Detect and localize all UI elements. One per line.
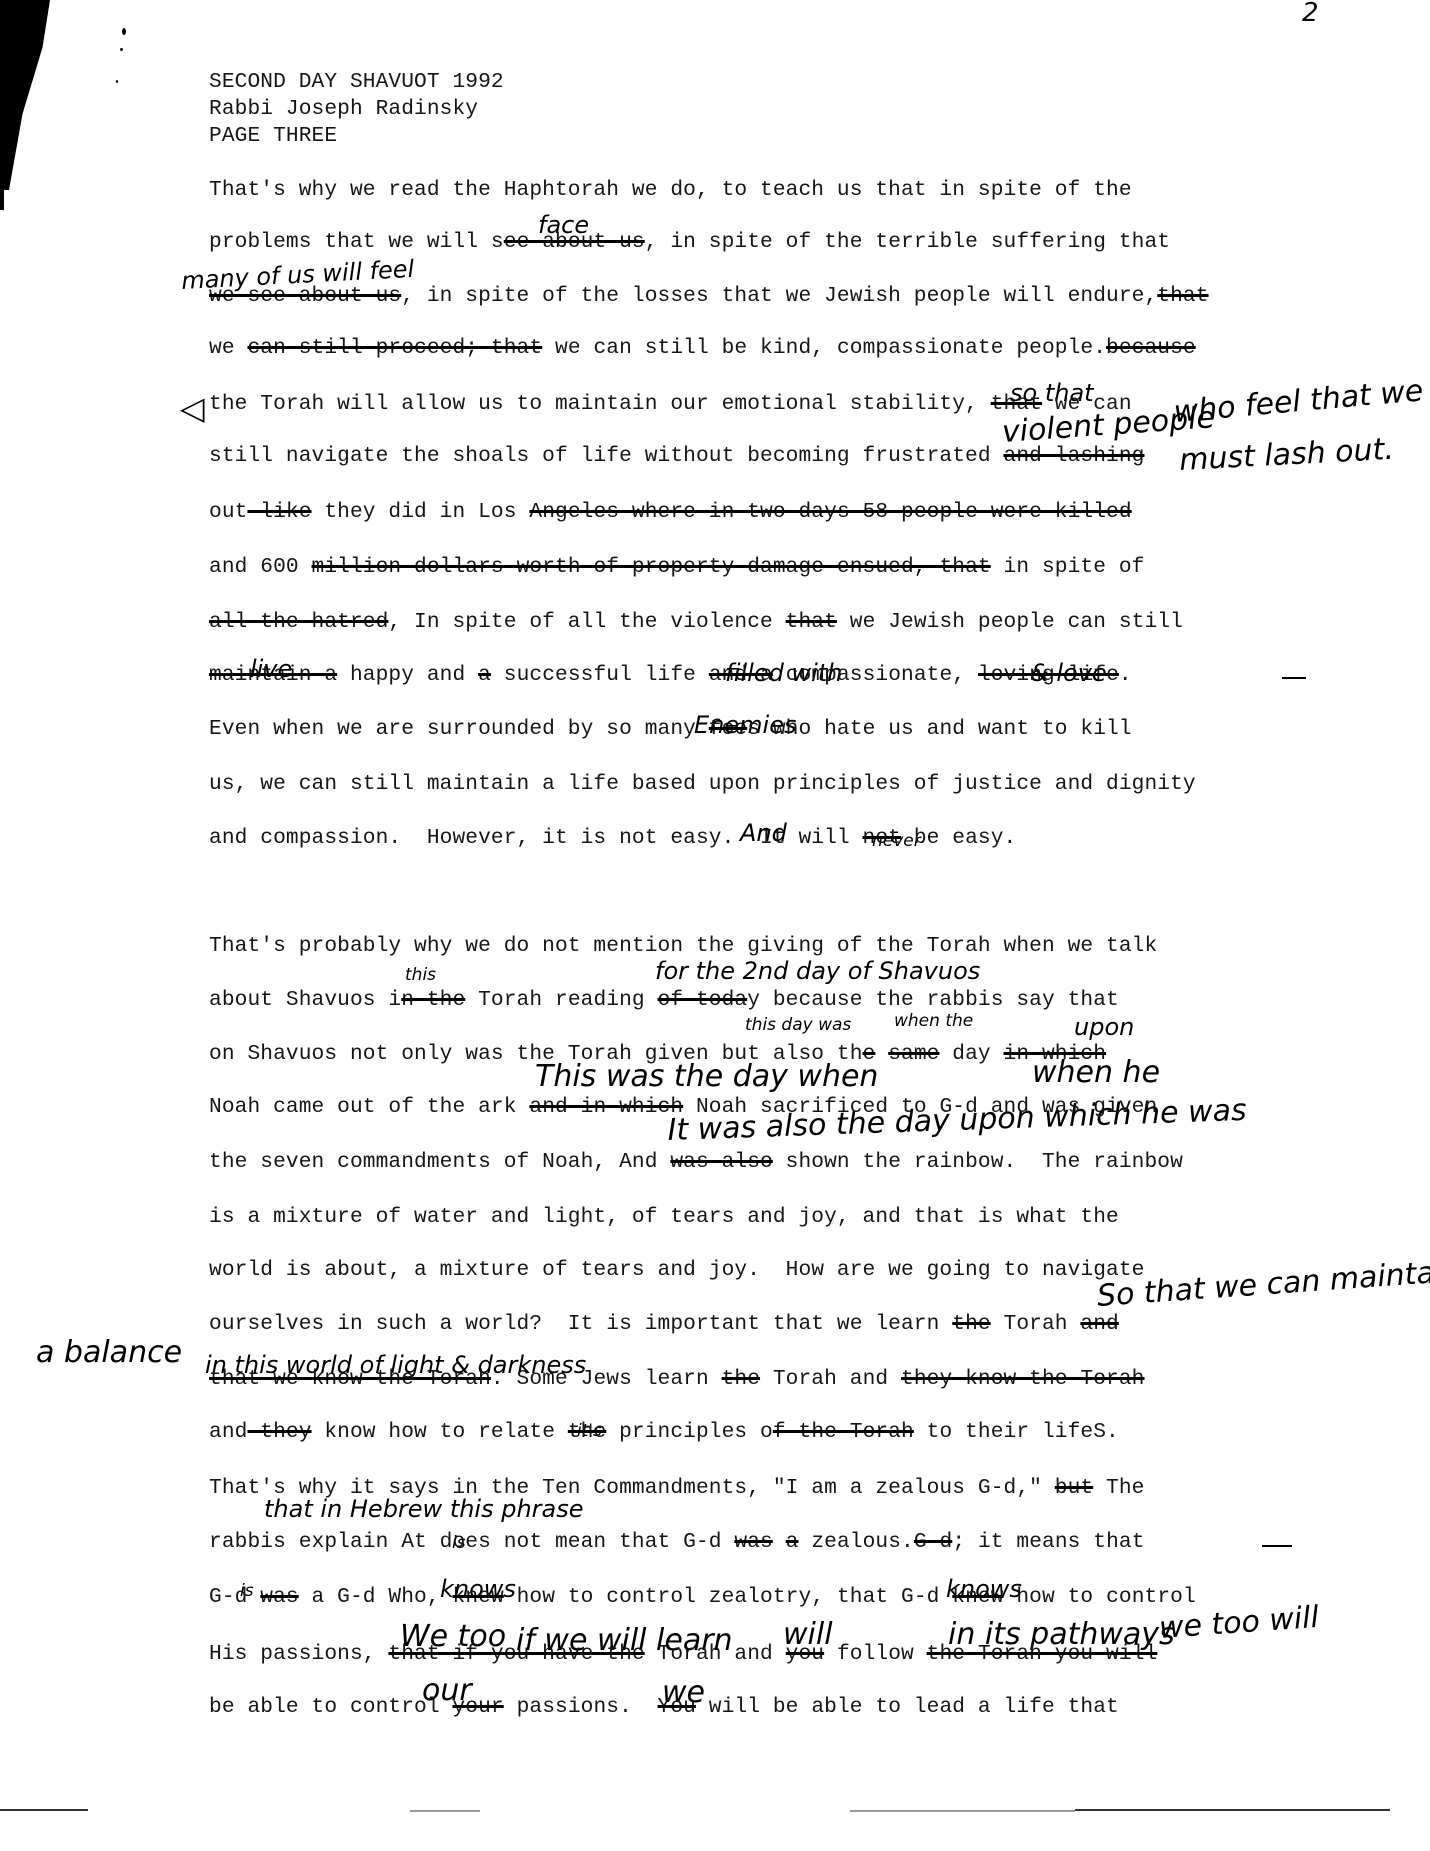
body-line: be able to control your passions. You wi… [209, 1695, 1119, 1719]
body-line: rabbis explain At does not mean that G-d… [209, 1530, 1145, 1554]
struck-text: that [1157, 284, 1208, 308]
page-mark: 2 [1302, 0, 1319, 26]
body-text: follow [824, 1642, 927, 1666]
handwritten-edit: a balance [36, 1340, 182, 1366]
body-text: in spite of [991, 555, 1145, 579]
struck-text: the [722, 1367, 760, 1391]
body-text: world is about, a mixture of tears and j… [209, 1258, 1144, 1282]
body-text: we can [1042, 392, 1132, 416]
struck-text: G-d [914, 1530, 952, 1554]
body-text: and [209, 1420, 247, 1444]
body-text: Torah and [760, 1367, 901, 1391]
struck-text: the Torah you will [927, 1642, 1158, 1666]
body-line: on Shavuos not only was the Torah given … [209, 1042, 1106, 1066]
struck-text: loving life [978, 663, 1119, 687]
struck-text: and lashing [1004, 444, 1145, 468]
struck-text: was [734, 1530, 772, 1554]
doc-title: SECOND DAY SHAVUOT 1992 [209, 70, 504, 94]
body-line: and they know how to relate the principl… [209, 1420, 1119, 1444]
body-text: That's why it says in the Ten Commandmen… [209, 1476, 1055, 1500]
body-line: and 600 million dollars worth of propert… [209, 555, 1144, 579]
body-text: Noah sacrificed to G-d and was given [683, 1095, 1157, 1119]
struck-text: in which [1004, 1042, 1107, 1066]
struck-text: all the hatred [209, 610, 388, 634]
handwritten-edit: we too will [1158, 1605, 1320, 1642]
struck-text: like [247, 500, 311, 524]
struck-text: can still proceed; that [247, 336, 542, 360]
body-line: problems that we will see about us, in s… [209, 230, 1170, 254]
body-text: about Shavuos i [209, 988, 401, 1012]
struck-text: knew [453, 1585, 504, 1609]
document-page: 2 SECOND DAY SHAVUOT 1992 Rabbi Joseph R… [0, 0, 1430, 1851]
struck-text: was [260, 1585, 298, 1609]
struck-text: You [658, 1695, 696, 1719]
struck-text: the [568, 1420, 606, 1444]
struck-text: maintain a [209, 663, 337, 687]
body-text: how to control [1004, 1585, 1196, 1609]
struck-text: million dollars worth of property damage… [312, 555, 991, 579]
body-line: ourselves in such a world? It is importa… [209, 1312, 1119, 1336]
body-line: That's probably why we do not mention th… [209, 934, 1157, 958]
body-text: we Jewish people can still [837, 610, 1183, 634]
body-line: is a mixture of water and light, of tear… [209, 1205, 1119, 1229]
struck-text: not [863, 826, 901, 850]
body-text: ; it means that [952, 1530, 1144, 1554]
body-text: , In spite of all the violence [388, 610, 785, 634]
body-text [875, 1042, 888, 1066]
body-text: us, we can still maintain a life based u… [209, 772, 1196, 796]
struck-text: n the [401, 988, 465, 1012]
struck-text: the [952, 1312, 990, 1336]
footer-rule [0, 1809, 88, 1811]
struck-text: f the Torah [773, 1420, 914, 1444]
body-line: Noah came out of the ark and in which No… [209, 1095, 1157, 1119]
body-text: problems that we will s [209, 230, 504, 254]
struck-text: foe [709, 717, 747, 741]
body-text: be easy. [901, 826, 1042, 850]
body-text: Torah [991, 1312, 1081, 1336]
body-text: zealous. [799, 1530, 914, 1554]
handwritten-edit: this [405, 962, 436, 988]
handwritten-edit: This was the day when [535, 1064, 878, 1090]
struck-text: same [888, 1042, 939, 1066]
handwritten-edit: for the 2nd day of Shavuos [655, 958, 980, 984]
doc-page-label: PAGE THREE [209, 124, 337, 148]
body-text: and 600 [209, 555, 312, 579]
struck-text: Angeles where in two days 58 people were… [529, 500, 1131, 524]
body-text: they did in Los [312, 500, 530, 524]
body-line: the Torah will allow us to maintain our … [209, 392, 1132, 416]
body-text: compassionate, [773, 663, 978, 687]
body-text: , in spite of the losses that we Jewish … [401, 284, 1157, 308]
body-text: That's why we read the Haphtorah we do, … [209, 178, 1132, 202]
body-text: That's probably why we do not mention th… [209, 934, 1157, 958]
struck-text: that [786, 610, 837, 634]
footer-rule [1075, 1809, 1390, 1811]
body-line: Even when we are surrounded by so many f… [209, 717, 1132, 741]
body-text: happy and [337, 663, 478, 687]
body-text: on Shavuos not only was the Torah given … [209, 1042, 863, 1066]
body-text: we [209, 336, 247, 360]
body-text: rabbis explain At does not mean that G-d [209, 1530, 734, 1554]
body-text: to their lifeS. [914, 1420, 1119, 1444]
body-line: His passions, that if you have the Torah… [209, 1642, 1157, 1666]
body-text: . [1119, 663, 1132, 687]
handwritten-edit: who feel that we [1173, 378, 1425, 426]
body-line: that we know the Torah. Some Jews learn … [209, 1367, 1145, 1391]
body-line: out like they did in Los Angeles where i… [209, 500, 1132, 524]
struck-text: of toda [658, 988, 748, 1012]
body-text: , in spite of the terrible suffering tha… [645, 230, 1170, 254]
body-text: G-d [209, 1585, 260, 1609]
body-text: s who hate us and want to kill [747, 717, 1131, 741]
struck-text: e [863, 1042, 876, 1066]
body-text: and compassion. However, it is not easy.… [209, 826, 863, 850]
body-text: principles o [606, 1420, 773, 1444]
struck-text: a [478, 663, 491, 687]
struck-text: we see about us [209, 284, 401, 308]
body-text: shown the rainbow. The rainbow [773, 1150, 1183, 1174]
body-line: all the hatred, In spite of all the viol… [209, 610, 1183, 634]
body-line: about Shavuos in the Torah reading of to… [209, 988, 1119, 1012]
handwritten-edit: So that we can maintain [1096, 1259, 1430, 1310]
body-text: Even when we are surrounded by so many [209, 717, 709, 741]
margin-dash-mark [1262, 1545, 1292, 1547]
body-line: That's why it says in the Ten Commandmen… [209, 1476, 1144, 1500]
body-text: the seven commandments of Noah, And [209, 1150, 670, 1174]
margin-dash-mark [1282, 677, 1306, 679]
scan-edge [0, 0, 4, 210]
struck-text: and in which [529, 1095, 683, 1119]
body-text: His passions, [209, 1642, 388, 1666]
body-text: passions. [504, 1695, 658, 1719]
struck-text: and a [709, 663, 773, 687]
body-text: out [209, 500, 247, 524]
struck-text: they know the Torah [901, 1367, 1144, 1391]
body-text: will be able to lead a life that [696, 1695, 1119, 1719]
body-line: us, we can still maintain a life based u… [209, 772, 1196, 796]
struck-text: a [786, 1530, 799, 1554]
scan-speck [122, 28, 126, 35]
body-line: and compassion. However, it is not easy.… [209, 826, 1042, 850]
body-text: . Some Jews learn [491, 1367, 722, 1391]
body-text: how to control zealotry, that G-d [504, 1585, 953, 1609]
body-line: G-d was a G-d Who, knew how to control z… [209, 1585, 1196, 1609]
handwritten-edit: upon [1074, 1014, 1134, 1040]
body-line: still navigate the shoals of life withou… [209, 444, 1144, 468]
body-line: the seven commandments of Noah, And was … [209, 1150, 1183, 1174]
struck-text: that we know the Torah [209, 1367, 491, 1391]
struck-text: and [1080, 1312, 1118, 1336]
struck-text: that if you have the [388, 1642, 644, 1666]
body-text: day [939, 1042, 1003, 1066]
body-line: we can still proceed; that we can still … [209, 336, 1196, 360]
struck-text: ee about us [504, 230, 645, 254]
body-text: Noah came out of the ark [209, 1095, 529, 1119]
struck-text: that [991, 392, 1042, 416]
body-text: successful life [491, 663, 709, 687]
struck-text: your [452, 1695, 503, 1719]
struck-text: they [247, 1420, 311, 1444]
body-text: be able to control [209, 1695, 452, 1719]
body-text: ourselves in such a world? It is importa… [209, 1312, 952, 1336]
body-text: y because the rabbis say that [747, 988, 1119, 1012]
body-line: we see about us, in spite of the losses … [209, 284, 1209, 308]
struck-text: you [786, 1642, 824, 1666]
footer-rule [410, 1810, 480, 1812]
struck-text: knew [952, 1585, 1003, 1609]
body-text: Torah and [645, 1642, 786, 1666]
struck-text: was also [670, 1150, 773, 1174]
body-text: is a mixture of water and light, of tear… [209, 1205, 1119, 1229]
struck-text: but [1055, 1476, 1093, 1500]
handwritten-edit: this day was [745, 1012, 851, 1038]
body-text: we can still be kind, compassionate peop… [542, 336, 1106, 360]
scan-shadow [0, 0, 50, 190]
body-text: Torah reading [465, 988, 657, 1012]
body-text: The [1093, 1476, 1144, 1500]
handwritten-edit: must lash out. [1179, 437, 1395, 474]
doc-author: Rabbi Joseph Radinsky [209, 97, 478, 121]
body-text: the Torah will allow us to maintain our … [209, 392, 991, 416]
scan-speck [120, 48, 123, 51]
scan-speck [116, 80, 118, 83]
insertion-caret-mark: ◁ [180, 392, 205, 424]
footer-rule [850, 1810, 1075, 1812]
body-line: world is about, a mixture of tears and j… [209, 1258, 1144, 1282]
body-text: still navigate the shoals of life withou… [209, 444, 1004, 468]
body-line: maintain a happy and a successful life a… [209, 663, 1132, 687]
body-line: That's why we read the Haphtorah we do, … [209, 178, 1132, 202]
body-text: a G-d Who, [299, 1585, 453, 1609]
body-text [773, 1530, 786, 1554]
body-text: know how to relate [312, 1420, 568, 1444]
struck-text: because [1106, 336, 1196, 360]
